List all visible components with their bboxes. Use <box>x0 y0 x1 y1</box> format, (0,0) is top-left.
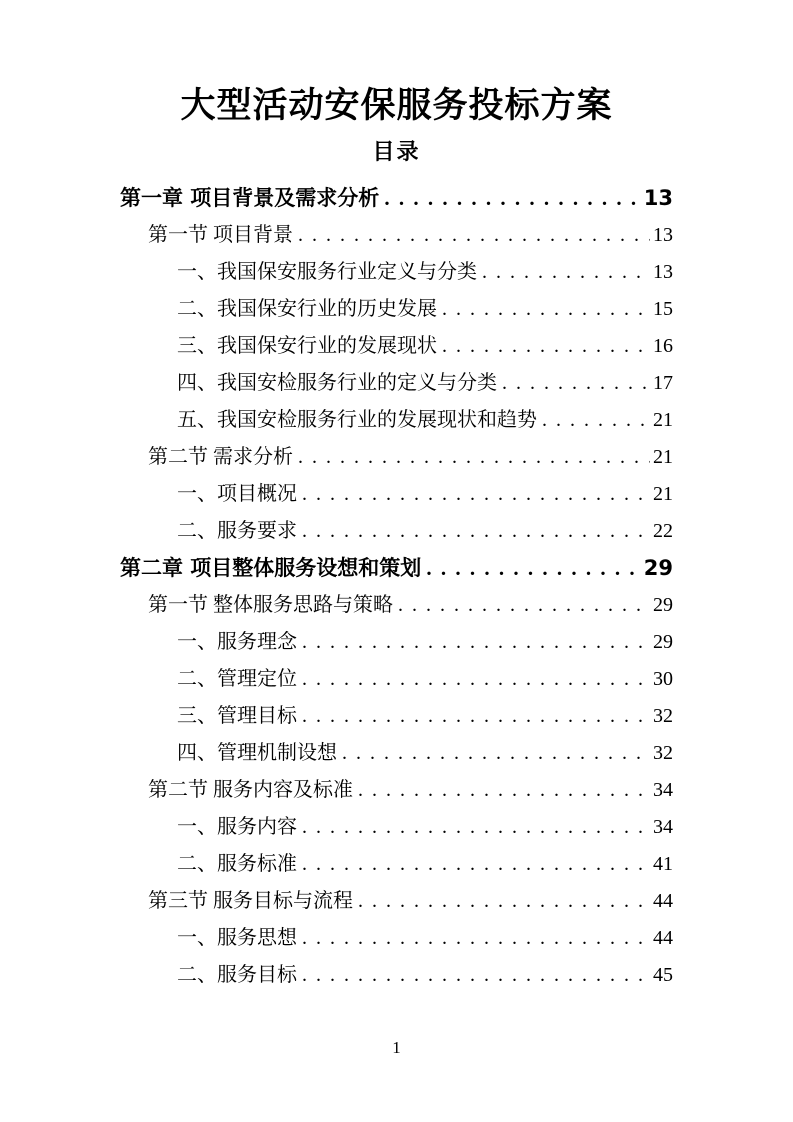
toc-entry[interactable]: 第一节 整体服务思路与策略 29 <box>120 587 673 624</box>
toc-leader-dots <box>542 402 650 439</box>
toc-leader-dots <box>398 587 650 624</box>
toc-leader-dots <box>302 624 650 661</box>
toc-entry-page: 44 <box>653 883 673 920</box>
toc-entry-page: 16 <box>653 328 673 365</box>
toc-entry-page: 21 <box>653 402 673 439</box>
toc-entry-page: 13 <box>653 217 673 254</box>
toc: 第一章 项目背景及需求分析 13 第一节 项目背景 13 一、我国保安服务行业定… <box>120 180 673 994</box>
toc-entry[interactable]: 二、服务标准 41 <box>120 846 673 883</box>
toc-entry-label: 第二节 服务内容及标准 <box>148 772 353 809</box>
toc-entry-label: 第一节 整体服务思路与策略 <box>148 587 393 624</box>
toc-entry[interactable]: 四、我国安检服务行业的定义与分类 17 <box>120 365 673 402</box>
toc-entry-label: 一、我国保安服务行业定义与分类 <box>177 254 477 291</box>
toc-entry-label: 第二节 需求分析 <box>148 439 293 476</box>
document-page: 大型活动安保服务投标方案 目录 第一章 项目背景及需求分析 13 第一节 项目背… <box>0 0 793 1122</box>
toc-entry-label: 第一章 项目背景及需求分析 <box>120 180 379 217</box>
toc-entry-page: 13 <box>653 254 673 291</box>
toc-entry[interactable]: 第一章 项目背景及需求分析 13 <box>120 180 673 217</box>
toc-entry[interactable]: 二、我国保安行业的历史发展 15 <box>120 291 673 328</box>
toc-entry-label: 一、服务内容 <box>177 809 297 846</box>
toc-leader-dots <box>384 180 640 217</box>
toc-leader-dots <box>302 476 650 513</box>
toc-leader-dots <box>342 735 650 772</box>
toc-entry-page: 34 <box>653 772 673 809</box>
toc-entry-page: 34 <box>653 809 673 846</box>
toc-entry-page: 32 <box>653 735 673 772</box>
toc-entry-label: 三、我国保安行业的发展现状 <box>177 328 437 365</box>
toc-entry-label: 四、管理机制设想 <box>177 735 337 772</box>
toc-entry-page: 44 <box>653 920 673 957</box>
toc-leader-dots <box>302 920 650 957</box>
toc-leader-dots <box>426 550 640 587</box>
toc-entry[interactable]: 第三节 服务目标与流程 44 <box>120 883 673 920</box>
toc-entry-label: 五、我国安检服务行业的发展现状和趋势 <box>177 402 537 439</box>
toc-entry-page: 29 <box>653 587 673 624</box>
toc-entry-page: 45 <box>653 957 673 994</box>
toc-entry-label: 第三节 服务目标与流程 <box>148 883 353 920</box>
toc-entry[interactable]: 第二章 项目整体服务设想和策划 29 <box>120 550 673 587</box>
toc-entry-label: 二、服务标准 <box>177 846 297 883</box>
toc-entry-label: 一、服务思想 <box>177 920 297 957</box>
toc-entry[interactable]: 二、管理定位 30 <box>120 661 673 698</box>
toc-entry[interactable]: 第二节 服务内容及标准 34 <box>120 772 673 809</box>
toc-entry-page: 29 <box>644 550 673 587</box>
toc-entry-label: 第一节 项目背景 <box>148 217 293 254</box>
toc-entry[interactable]: 一、服务理念 29 <box>120 624 673 661</box>
toc-leader-dots <box>302 957 650 994</box>
toc-leader-dots <box>482 254 650 291</box>
toc-leader-dots <box>502 365 650 402</box>
toc-heading: 目录 <box>0 140 793 166</box>
toc-entry[interactable]: 五、我国安检服务行业的发展现状和趋势 21 <box>120 402 673 439</box>
toc-leader-dots <box>358 772 650 809</box>
toc-leader-dots <box>302 661 650 698</box>
toc-entry-page: 13 <box>644 180 673 217</box>
toc-entry-page: 21 <box>653 476 673 513</box>
toc-entry[interactable]: 二、服务目标 45 <box>120 957 673 994</box>
toc-entry-label: 二、服务要求 <box>177 513 297 550</box>
toc-entry[interactable]: 一、项目概况 21 <box>120 476 673 513</box>
toc-leader-dots <box>302 513 650 550</box>
toc-entry-page: 30 <box>653 661 673 698</box>
toc-entry-page: 22 <box>653 513 673 550</box>
toc-entry[interactable]: 第一节 项目背景 13 <box>120 217 673 254</box>
toc-entry[interactable]: 三、管理目标 32 <box>120 698 673 735</box>
toc-leader-dots <box>302 846 650 883</box>
toc-leader-dots <box>302 809 650 846</box>
toc-leader-dots <box>298 439 650 476</box>
toc-entry-label: 第二章 项目整体服务设想和策划 <box>120 550 421 587</box>
toc-entry[interactable]: 一、我国保安服务行业定义与分类 13 <box>120 254 673 291</box>
toc-entry[interactable]: 一、服务内容 34 <box>120 809 673 846</box>
toc-leader-dots <box>302 698 650 735</box>
toc-entry-page: 21 <box>653 439 673 476</box>
toc-entry[interactable]: 二、服务要求 22 <box>120 513 673 550</box>
toc-entry[interactable]: 四、管理机制设想 32 <box>120 735 673 772</box>
toc-entry-page: 32 <box>653 698 673 735</box>
toc-leader-dots <box>298 217 650 254</box>
toc-entry-page: 15 <box>653 291 673 328</box>
toc-entry[interactable]: 三、我国保安行业的发展现状 16 <box>120 328 673 365</box>
toc-entry-label: 一、项目概况 <box>177 476 297 513</box>
toc-entry[interactable]: 第二节 需求分析 21 <box>120 439 673 476</box>
toc-entry[interactable]: 一、服务思想 44 <box>120 920 673 957</box>
toc-entry-label: 二、我国保安行业的历史发展 <box>177 291 437 328</box>
toc-entry-label: 一、服务理念 <box>177 624 297 661</box>
toc-entry-page: 41 <box>653 846 673 883</box>
page-number: 1 <box>0 1037 793 1059</box>
document-title: 大型活动安保服务投标方案 <box>0 0 793 127</box>
toc-entry-page: 17 <box>653 365 673 402</box>
toc-leader-dots <box>442 291 650 328</box>
toc-entry-label: 二、服务目标 <box>177 957 297 994</box>
toc-entry-label: 二、管理定位 <box>177 661 297 698</box>
toc-entry-label: 三、管理目标 <box>177 698 297 735</box>
toc-leader-dots <box>358 883 650 920</box>
toc-leader-dots <box>442 328 650 365</box>
toc-entry-label: 四、我国安检服务行业的定义与分类 <box>177 365 497 402</box>
toc-entry-page: 29 <box>653 624 673 661</box>
